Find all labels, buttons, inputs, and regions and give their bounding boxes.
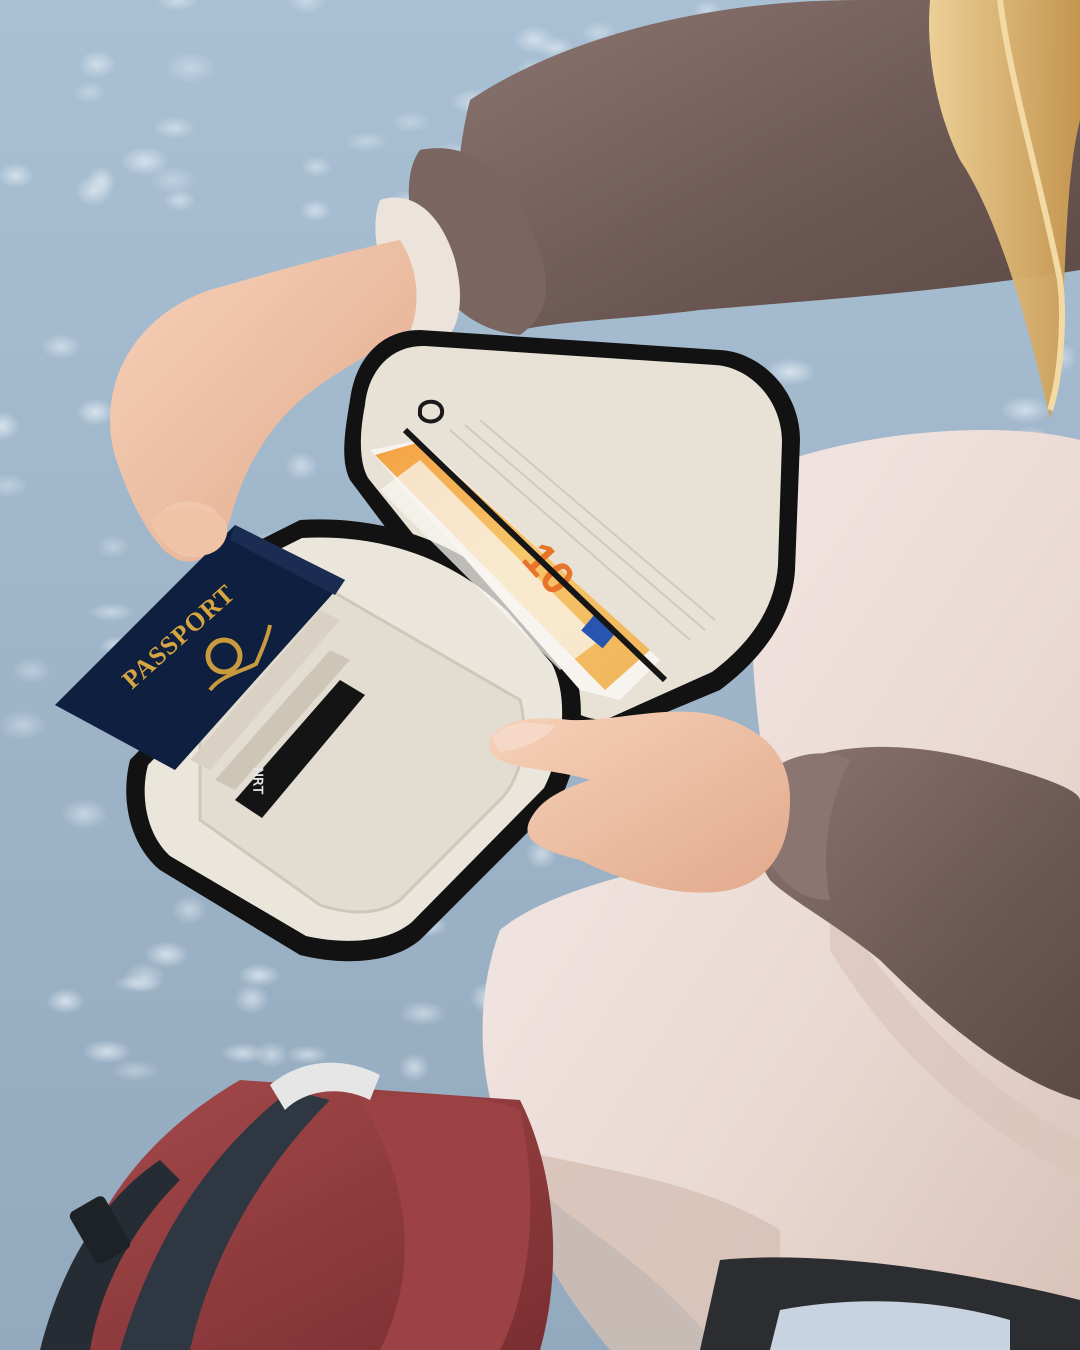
photo: ꓕꓤꓠ 10 PASSPORT [0,0,1080,1350]
card-text: ꓕꓤꓠ [251,767,266,795]
photo-scene: Person holding an open travel wallet wit… [0,0,1080,1350]
